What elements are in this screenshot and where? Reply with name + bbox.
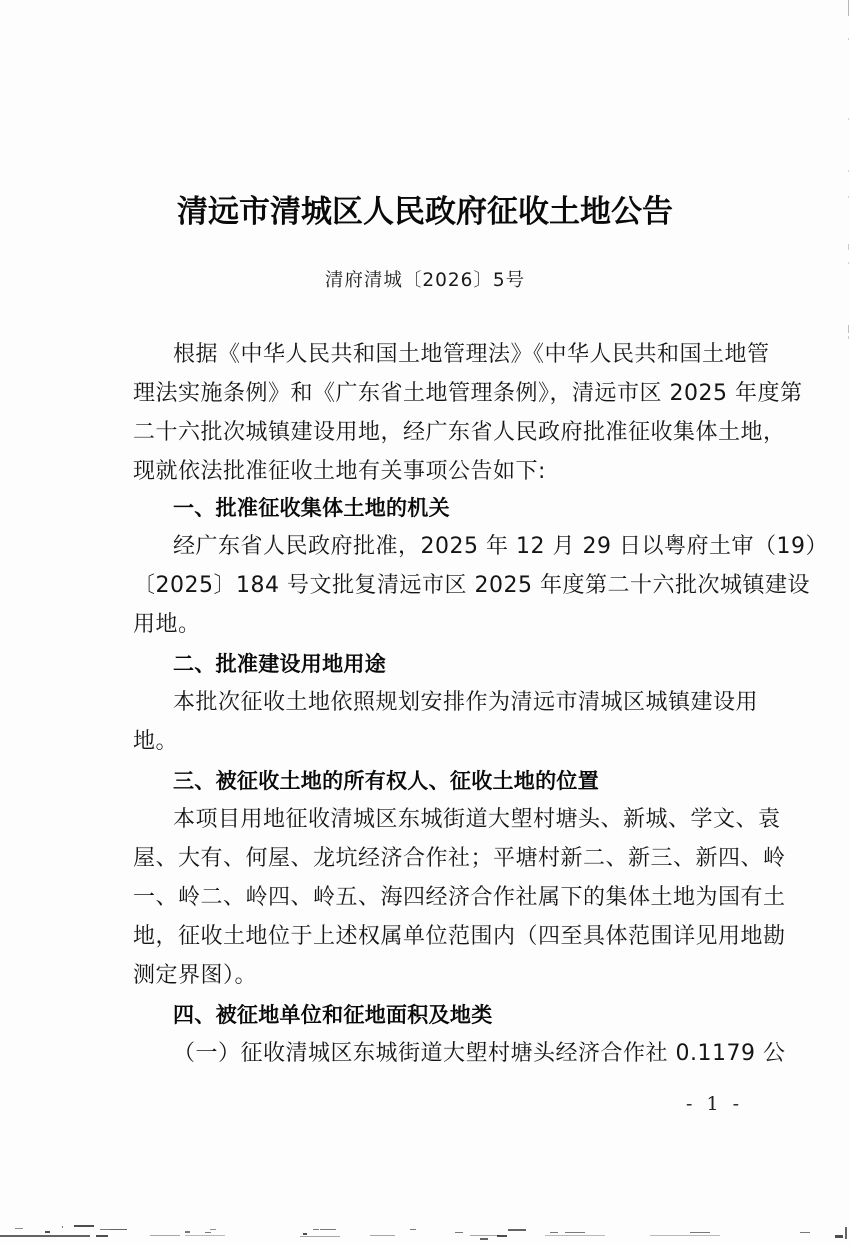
section-4-heading: 四、被征地单位和征地面积及地类 <box>173 1000 493 1030</box>
document-page: 清远市清城区人民政府征收土地公告 清府清城〔2026〕5号 根据《中华人民共和国… <box>0 0 850 1243</box>
section-3-line-3: 一、岭二、岭四、岭五、海四经济合作社属下的集体土地为国有土 <box>133 883 733 913</box>
section-3-line-2: 屋、大有、何屋、龙坑经济合作社；平塘村新二、新三、新四、岭 <box>133 844 733 874</box>
intro-line-4: 现就依法批准征收土地有关事项公告如下: <box>133 457 546 487</box>
document-title: 清远市清城区人民政府征收土地公告 <box>0 186 850 231</box>
section-1-line-3: 用地。 <box>133 610 201 640</box>
section-1-line-2: 〔2025〕184 号文批复清远市区 2025 年度第二十六批次城镇建设 <box>133 571 733 601</box>
document-number: 清府清城〔2026〕5号 <box>0 266 850 292</box>
intro-line-3: 二十六批次城镇建设用地，经广东省人民政府批准征收集体土地， <box>133 418 733 448</box>
section-3-line-4: 地，征收土地位于上述权属单位范围内（四至具体范围详见用地勘 <box>133 922 733 952</box>
section-3-line-1: 本项目用地征收清城区东城街道大塱村塘头、新城、学文、袁 <box>173 805 733 835</box>
section-2-line-2: 地。 <box>133 727 178 757</box>
page-number: - 1 - <box>686 1093 743 1115</box>
section-2-heading: 二、批准建设用地用途 <box>173 649 386 679</box>
section-2-line-1: 本批次征收土地依照规划安排作为清远市清城区城镇建设用 <box>173 688 733 718</box>
section-3-line-5: 测定界图）。 <box>133 961 257 991</box>
section-4-line-1: （一）征收清城区东城街道大塱村塘头经济合作社 0.1179 公 <box>173 1039 733 1069</box>
intro-line-2: 理法实施条例》和《广东省土地管理条例》，清远市区 2025 年度第 <box>133 379 733 409</box>
section-1-heading: 一、批准征收集体土地的机关 <box>173 493 450 523</box>
intro-line-1: 根据《中华人民共和国土地管理法》《中华人民共和国土地管 <box>173 340 733 370</box>
section-1-line-1: 经广东省人民政府批准，2025 年 12 月 29 日以粤府土审（19） <box>173 532 733 562</box>
section-3-heading: 三、被征收土地的所有权人、征收土地的位置 <box>173 766 599 796</box>
scan-noise-artifacts <box>0 1205 850 1243</box>
